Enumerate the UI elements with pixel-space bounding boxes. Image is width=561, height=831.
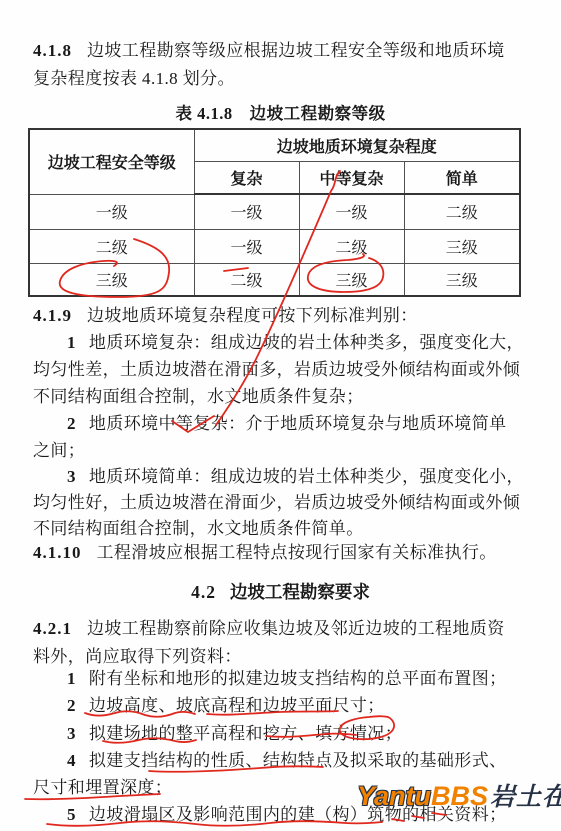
watermark-bbs-text: BBS	[431, 781, 488, 811]
list-item-1: 1附有坐标和地形的拟建边坡支挡结构的总平面布置图；	[33, 669, 561, 689]
watermark-yantu-text: Yantu	[357, 781, 431, 811]
table-cell: 二级	[29, 229, 194, 263]
item-number: 3	[67, 467, 76, 486]
item-number: 3	[67, 724, 76, 743]
clause-number: 4.1.9	[33, 306, 72, 325]
investigation-grade-table: 边坡工程安全等级 边坡地质环境复杂程度 复杂 中等复杂 简单 一级 一级 一级 …	[28, 128, 521, 297]
table-cell: 一级	[299, 194, 404, 229]
table-cell: 一级	[194, 194, 299, 229]
item-number: 1	[67, 333, 76, 352]
yantubbs-watermark: YantuBBS岩土在线	[357, 777, 561, 813]
table-cell: 三级	[29, 263, 194, 296]
item-number: 2	[67, 414, 76, 433]
item1-line1: 1地质环境复杂：组成边坡的岩土体种类多，强度变化大，	[33, 333, 561, 353]
item3-line2: 均匀性好，土质边坡潜在滑面少，岩质边坡受外倾结构面或外倾	[33, 493, 533, 513]
table-header-geo-complexity: 边坡地质环境复杂程度	[194, 129, 520, 161]
item-number: 5	[67, 805, 76, 824]
table-caption: 表 4.1.8 边坡工程勘察等级	[0, 100, 561, 124]
clause-number: 4.1.10	[33, 543, 82, 562]
table-cell: 二级	[194, 263, 299, 296]
table-subheader-moderate: 中等复杂	[299, 161, 404, 194]
table-cell: 二级	[404, 194, 520, 229]
list-item-2: 2边坡高度、坡底高程和边坡平面尺寸；	[33, 696, 561, 716]
table-row: 三级 二级 三级 三级	[29, 263, 520, 296]
section-number: 4.2	[191, 582, 216, 602]
item-number: 4	[67, 751, 76, 770]
clause-number: 4.2.1	[33, 619, 72, 638]
section-4-2-heading: 4.2边坡工程勘察要求	[0, 579, 561, 604]
item2-line2: 之间；	[33, 441, 533, 461]
document-page: 4.1.8边坡工程勘察等级应根据边坡工程安全等级和地质环境 复杂程度按表 4.1…	[0, 0, 561, 831]
table-header-safety-grade: 边坡工程安全等级	[29, 129, 194, 194]
clause-4-1-9-intro: 4.1.9边坡地质环境复杂程度可按下列标准判别：	[33, 306, 533, 326]
watermark-chinese-text: 岩土在线	[490, 783, 561, 811]
table-row: 二级 一级 二级 三级	[29, 229, 520, 263]
table-cell: 一级	[29, 194, 194, 229]
item-number: 2	[67, 696, 76, 715]
clause-text: 边坡工程勘察等级应根据边坡工程安全等级和地质环境	[87, 41, 505, 60]
table-cell: 一级	[194, 229, 299, 263]
item1-line3: 不同结构面组合控制，水文地质条件复杂；	[33, 387, 533, 407]
item-number: 1	[67, 669, 76, 688]
table-cell: 三级	[299, 263, 404, 296]
table-row: 一级 一级 一级 二级	[29, 194, 520, 229]
item2-line1: 2地质环境中等复杂：介于地质环境复杂与地质环境简单	[33, 414, 561, 434]
clause-4-1-8-line2: 复杂程度按表 4.1.8 划分。	[33, 69, 533, 89]
clause-4-1-10: 4.1.10工程滑坡应根据工程特点按现行国家有关标准执行。	[33, 543, 533, 563]
item3-line3: 不同结构面组合控制，水文地质条件简单。	[33, 519, 533, 539]
table-cell: 三级	[404, 263, 520, 296]
item1-line2: 均匀性差，土质边坡潜在滑面多，岩质边坡受外倾结构面或外倾	[33, 360, 533, 380]
clause-4-2-1-line2: 料外，尚应取得下列资料：	[33, 647, 533, 667]
clause-4-2-1-line1: 4.2.1边坡工程勘察前除应收集边坡及邻近边坡的工程地质资	[33, 619, 533, 639]
clause-4-1-8-line1: 4.1.8边坡工程勘察等级应根据边坡工程安全等级和地质环境	[33, 41, 533, 61]
table-cell: 二级	[299, 229, 404, 263]
table-subheader-complex: 复杂	[194, 161, 299, 194]
table-subheader-simple: 简单	[404, 161, 520, 194]
table-cell: 三级	[404, 229, 520, 263]
list-item-4-line1: 4拟建支挡结构的性质、结构特点及拟采取的基础形式、	[33, 751, 561, 771]
item3-line1: 3地质环境简单：组成边坡的岩土体种类少，强度变化小，	[33, 467, 561, 487]
list-item-3: 3拟建场地的整平高程和挖方、填方情况；	[33, 724, 561, 744]
clause-number: 4.1.8	[33, 41, 72, 60]
